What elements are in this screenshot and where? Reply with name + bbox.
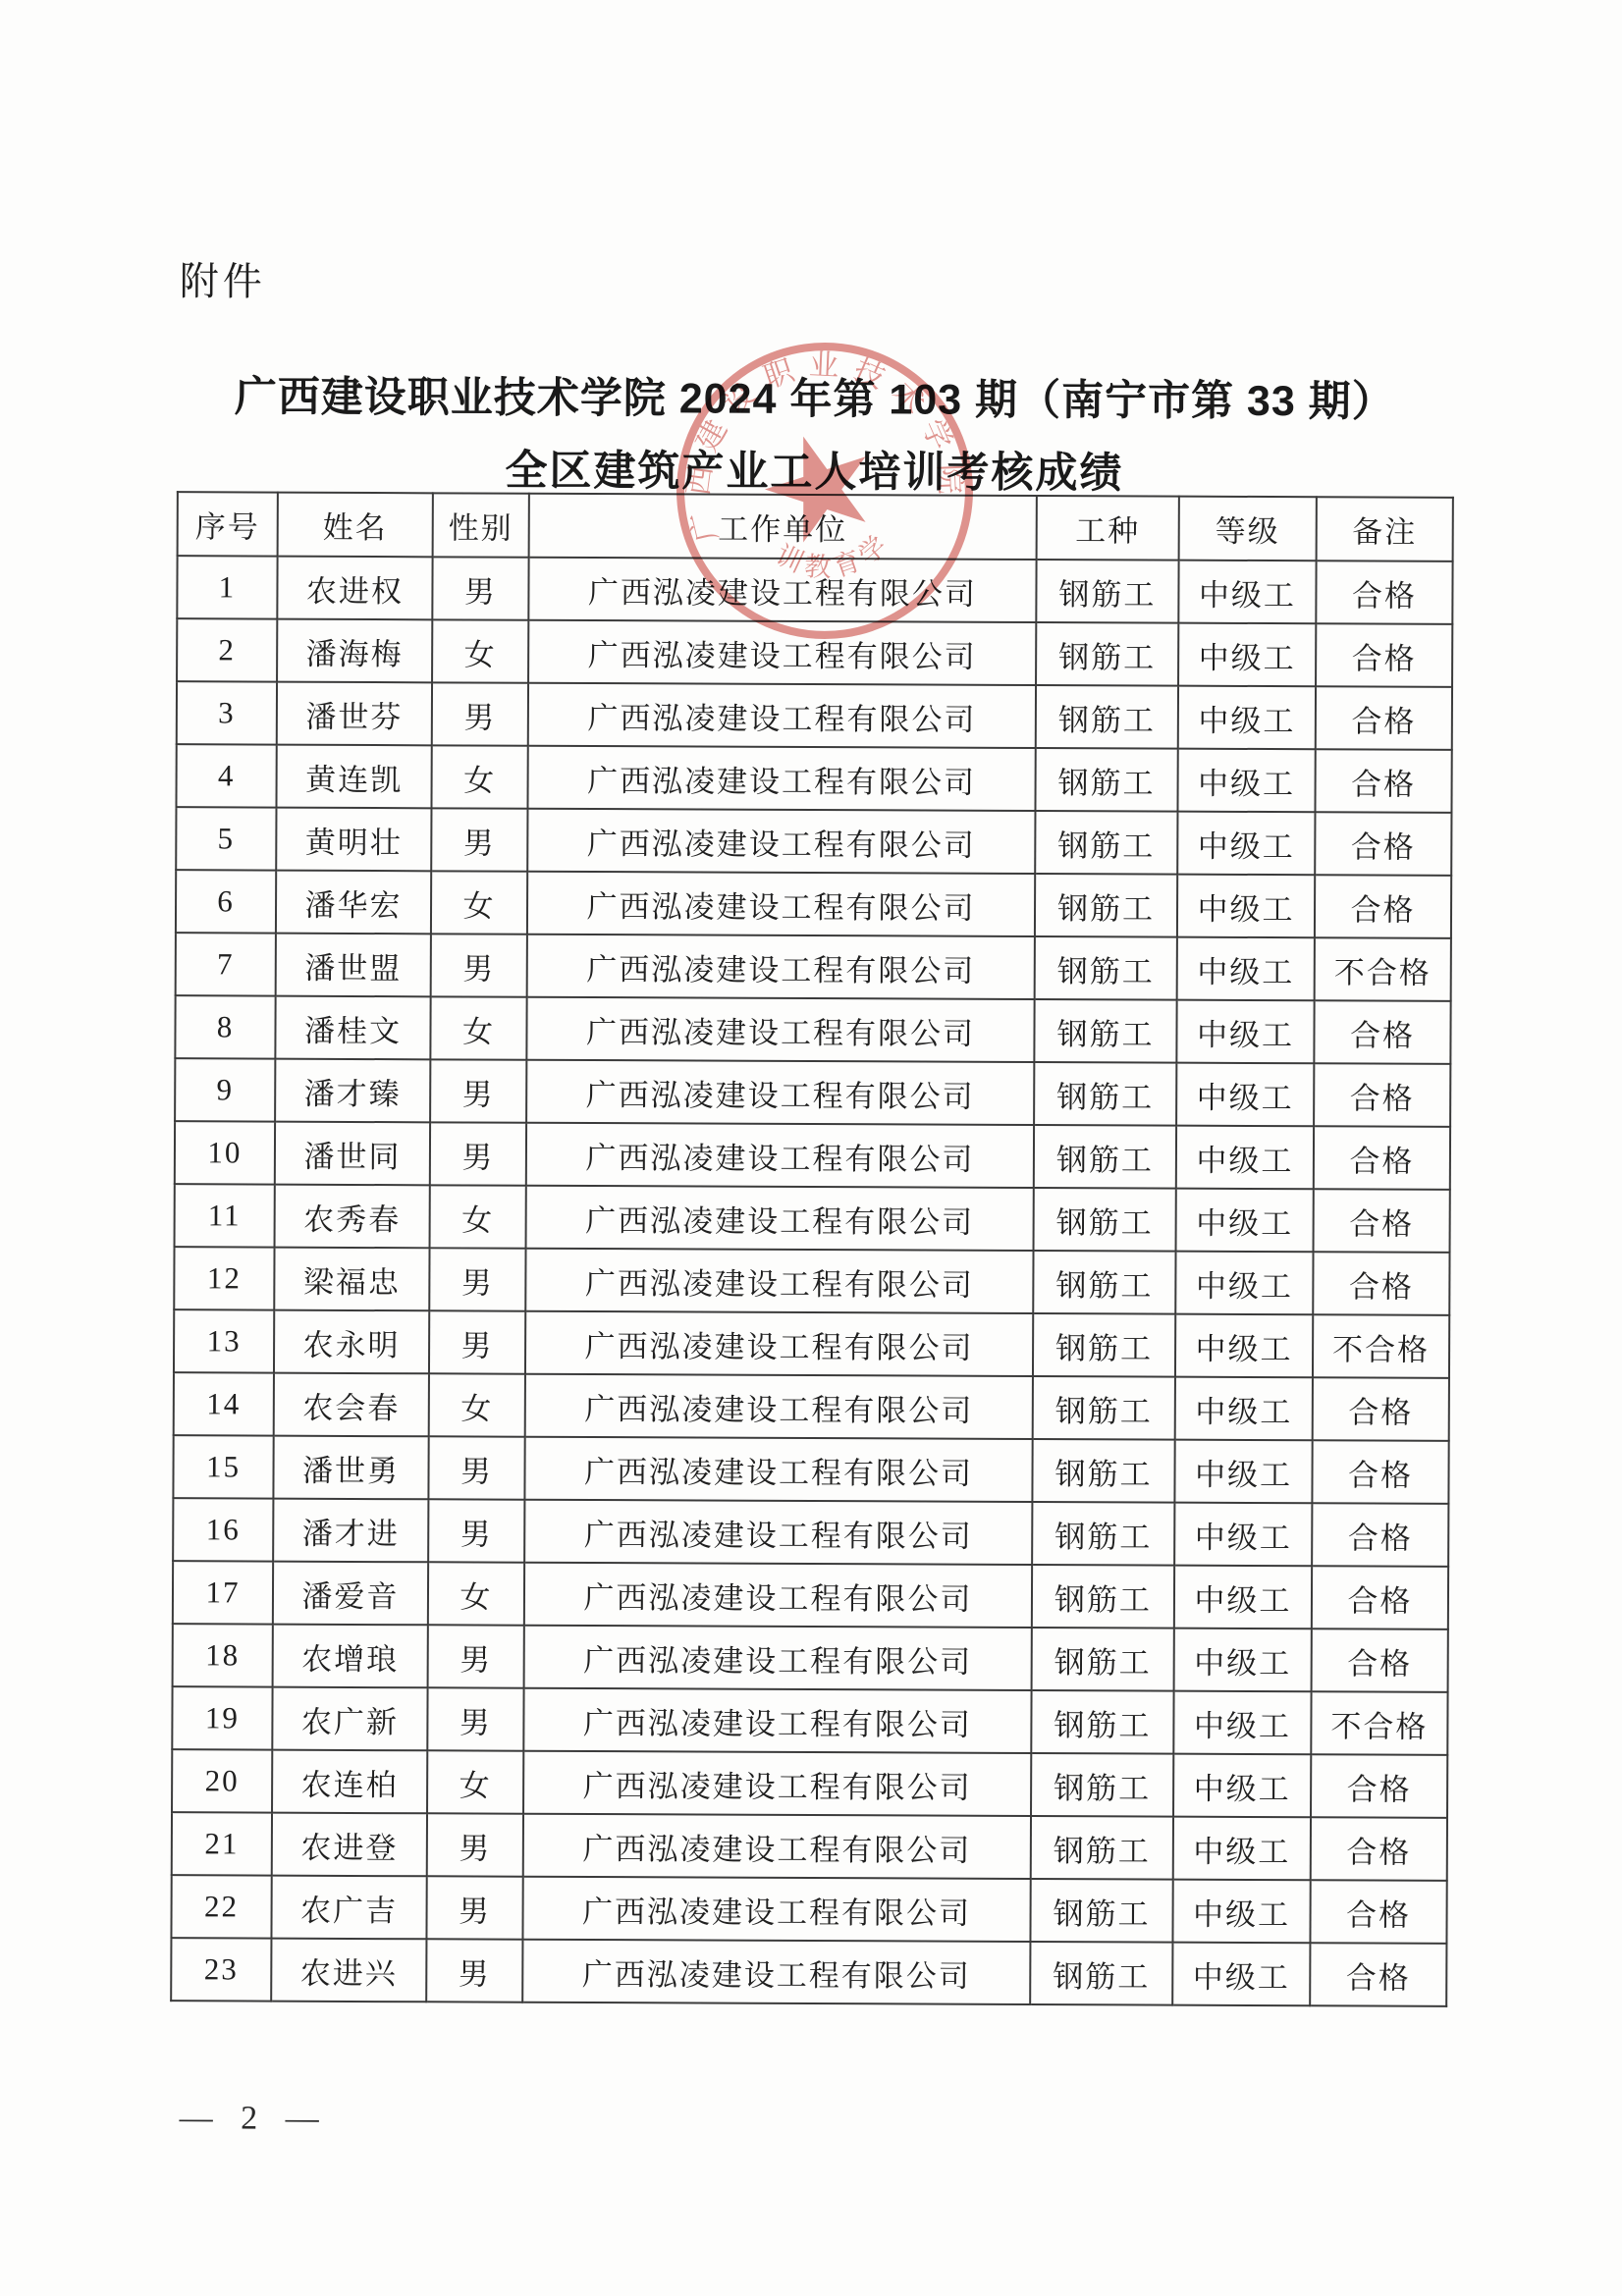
cell-level: 中级工 (1176, 1063, 1314, 1127)
cell-level: 中级工 (1177, 749, 1315, 813)
table-row: 16 潘才进 男 广西泓凌建设工程有限公司 钢筋工 中级工 合格 (173, 1498, 1448, 1567)
cell-trade: 钢筋工 (1034, 999, 1176, 1063)
column-header-gender: 性别 (433, 493, 529, 557)
cell-level: 中级工 (1174, 1503, 1312, 1567)
cell-employer: 广西泓凌建设工程有限公司 (526, 1123, 1034, 1188)
cell-trade: 钢筋工 (1032, 1502, 1174, 1566)
cell-level: 中级工 (1174, 1629, 1312, 1692)
cell-level: 中级工 (1176, 1189, 1314, 1253)
cell-index: 6 (176, 870, 276, 933)
cell-employer: 广西泓凌建设工程有限公司 (526, 1186, 1034, 1251)
cell-employer: 广西泓凌建设工程有限公司 (524, 1563, 1032, 1628)
cell-trade: 钢筋工 (1031, 1753, 1173, 1817)
cell-name: 农进兴 (271, 1939, 426, 2002)
cell-name: 潘世勇 (273, 1436, 428, 1500)
cell-gender: 男 (427, 1687, 523, 1750)
table-row: 23 农进兴 男 广西泓凌建设工程有限公司 钢筋工 中级工 合格 (171, 1938, 1446, 2006)
cell-remark: 合格 (1312, 1440, 1448, 1504)
cell-index: 14 (174, 1372, 274, 1435)
cell-level: 中级工 (1172, 1943, 1310, 2006)
cell-employer: 广西泓凌建设工程有限公司 (527, 746, 1035, 811)
cell-employer: 广西泓凌建设工程有限公司 (528, 558, 1036, 622)
cell-remark: 合格 (1312, 1566, 1448, 1629)
cell-trade: 钢筋工 (1034, 1125, 1176, 1189)
cell-remark: 合格 (1316, 686, 1452, 750)
cell-trade: 钢筋工 (1036, 685, 1178, 749)
cell-name: 黄连凯 (276, 745, 431, 809)
table-row: 9 潘才臻 男 广西泓凌建设工程有限公司 钢筋工 中级工 合格 (175, 1058, 1450, 1127)
cell-gender: 男 (428, 1625, 524, 1687)
cell-remark: 合格 (1316, 561, 1452, 624)
cell-name: 农连柏 (272, 1750, 427, 1814)
cell-remark: 合格 (1314, 1063, 1450, 1127)
cell-remark: 合格 (1310, 1880, 1446, 1944)
cell-name: 农永明 (274, 1310, 429, 1374)
cell-name: 农会春 (274, 1373, 429, 1437)
cell-trade: 钢筋工 (1033, 1376, 1175, 1440)
cell-trade: 钢筋工 (1036, 560, 1178, 623)
cell-trade: 钢筋工 (1033, 1313, 1175, 1377)
cell-gender: 男 (431, 934, 527, 996)
cell-gender: 男 (431, 808, 527, 871)
cell-index: 11 (175, 1184, 275, 1247)
cell-level: 中级工 (1177, 812, 1315, 876)
cell-employer: 广西泓凌建设工程有限公司 (524, 1500, 1032, 1565)
column-header-name: 姓名 (278, 493, 433, 558)
cell-index: 2 (177, 618, 277, 681)
cell-gender: 男 (428, 1499, 524, 1562)
cell-trade: 钢筋工 (1032, 1628, 1174, 1691)
table-row: 20 农连柏 女 广西泓凌建设工程有限公司 钢筋工 中级工 合格 (172, 1749, 1447, 1818)
cell-level: 中级工 (1178, 686, 1316, 750)
cell-employer: 广西泓凌建设工程有限公司 (526, 1060, 1034, 1125)
cell-gender: 男 (432, 557, 528, 619)
cell-level: 中级工 (1176, 1126, 1314, 1190)
table-row: 13 农永明 男 广西泓凌建设工程有限公司 钢筋工 中级工 不合格 (174, 1309, 1449, 1378)
cell-index: 15 (173, 1435, 273, 1498)
cell-remark: 合格 (1314, 1189, 1450, 1253)
cell-name: 潘才臻 (275, 1059, 430, 1123)
cell-employer: 广西泓凌建设工程有限公司 (525, 1374, 1033, 1439)
cell-level: 中级工 (1177, 937, 1315, 1001)
cell-employer: 广西泓凌建设工程有限公司 (522, 1877, 1030, 1942)
cell-gender: 女 (428, 1562, 524, 1625)
cell-remark: 合格 (1314, 1000, 1450, 1064)
cell-name: 梁福忠 (274, 1248, 429, 1311)
document-page: 附件 广西建设职业技术学院 2024 年第 103 期（南宁市第 33 期） 全… (0, 0, 1622, 2296)
cell-remark: 不合格 (1315, 937, 1451, 1001)
cell-remark: 合格 (1313, 1252, 1449, 1315)
cell-trade: 钢筋工 (1031, 1816, 1173, 1880)
cell-remark: 合格 (1310, 1943, 1446, 2006)
cell-employer: 广西泓凌建设工程有限公司 (528, 683, 1036, 748)
cell-gender: 女 (432, 619, 528, 682)
cell-index: 1 (177, 556, 277, 618)
table-row: 21 农进登 男 广西泓凌建设工程有限公司 钢筋工 中级工 合格 (172, 1812, 1447, 1881)
table-row: 8 潘桂文 女 广西泓凌建设工程有限公司 钢筋工 中级工 合格 (175, 995, 1450, 1064)
cell-employer: 广西泓凌建设工程有限公司 (522, 1940, 1030, 2004)
cell-trade: 钢筋工 (1034, 1188, 1176, 1252)
cell-employer: 广西泓凌建设工程有限公司 (528, 620, 1036, 685)
cell-index: 18 (173, 1624, 273, 1686)
cell-remark: 合格 (1315, 875, 1451, 938)
cell-level: 中级工 (1173, 1754, 1311, 1818)
cell-name: 潘世盟 (276, 934, 431, 997)
table-row: 17 潘爱音 女 广西泓凌建设工程有限公司 钢筋工 中级工 合格 (173, 1561, 1448, 1629)
cell-name: 黄明壮 (276, 808, 431, 872)
cell-remark: 合格 (1312, 1503, 1448, 1567)
cell-gender: 女 (431, 871, 527, 934)
table-row: 22 农广吉 男 广西泓凌建设工程有限公司 钢筋工 中级工 合格 (171, 1875, 1446, 1944)
cell-index: 12 (174, 1247, 274, 1309)
column-header-remark: 备注 (1317, 497, 1453, 561)
page-number: — 2 — (180, 2100, 329, 2138)
document-title: 广西建设职业技术学院 2024 年第 103 期（南宁市第 33 期） 全区建筑… (177, 368, 1453, 504)
cell-gender: 女 (427, 1750, 523, 1813)
table-header-row: 序号 姓名 性别 工作单位 工种 等级 备注 (178, 492, 1453, 561)
cell-gender: 男 (429, 1248, 525, 1310)
cell-index: 13 (174, 1309, 274, 1372)
cell-remark: 合格 (1315, 812, 1451, 876)
table-row: 7 潘世盟 男 广西泓凌建设工程有限公司 钢筋工 中级工 不合格 (176, 933, 1451, 1001)
cell-trade: 钢筋工 (1035, 748, 1177, 812)
cell-remark: 不合格 (1313, 1314, 1449, 1378)
cell-remark: 合格 (1316, 623, 1452, 687)
cell-employer: 广西泓凌建设工程有限公司 (527, 934, 1035, 999)
cell-trade: 钢筋工 (1034, 1062, 1176, 1126)
cell-name: 潘桂文 (275, 996, 430, 1060)
table-row: 14 农会春 女 广西泓凌建设工程有限公司 钢筋工 中级工 合格 (174, 1372, 1449, 1441)
cell-name: 潘世芬 (277, 682, 432, 746)
cell-trade: 钢筋工 (1032, 1565, 1174, 1629)
cell-index: 16 (173, 1498, 273, 1561)
cell-remark: 合格 (1311, 1817, 1447, 1881)
table-row: 5 黄明壮 男 广西泓凌建设工程有限公司 钢筋工 中级工 合格 (176, 807, 1451, 876)
cell-trade: 钢筋工 (1035, 874, 1177, 937)
table-row: 12 梁福忠 男 广西泓凌建设工程有限公司 钢筋工 中级工 合格 (174, 1247, 1449, 1315)
cell-name: 农进权 (277, 557, 432, 620)
cell-trade: 钢筋工 (1036, 622, 1178, 686)
cell-remark: 合格 (1312, 1629, 1448, 1692)
cell-employer: 广西泓凌建设工程有限公司 (524, 1626, 1032, 1690)
cell-index: 23 (171, 1938, 271, 2001)
cell-gender: 女 (429, 1373, 525, 1436)
column-header-employer: 工作单位 (529, 494, 1037, 560)
table-row: 15 潘世勇 男 广西泓凌建设工程有限公司 钢筋工 中级工 合格 (173, 1435, 1448, 1504)
cell-index: 8 (175, 995, 275, 1058)
cell-gender: 男 (426, 1876, 522, 1939)
cell-trade: 钢筋工 (1031, 1690, 1173, 1754)
table-row: 3 潘世芬 男 广西泓凌建设工程有限公司 钢筋工 中级工 合格 (177, 681, 1452, 750)
cell-employer: 广西泓凌建设工程有限公司 (526, 997, 1034, 1062)
cell-trade: 钢筋工 (1032, 1439, 1174, 1503)
cell-trade: 钢筋工 (1030, 1879, 1172, 1943)
cell-name: 潘海梅 (277, 619, 432, 683)
cell-employer: 广西泓凌建设工程有限公司 (523, 1814, 1031, 1879)
cell-name: 潘才进 (273, 1499, 428, 1563)
cell-employer: 广西泓凌建设工程有限公司 (527, 809, 1035, 874)
cell-name: 农秀春 (275, 1185, 430, 1249)
cell-gender: 男 (427, 1813, 523, 1876)
cell-gender: 女 (430, 996, 526, 1059)
cell-remark: 合格 (1311, 1754, 1447, 1818)
table-row: 6 潘华宏 女 广西泓凌建设工程有限公司 钢筋工 中级工 合格 (176, 870, 1451, 938)
table-row: 1 农进权 男 广西泓凌建设工程有限公司 钢筋工 中级工 合格 (177, 556, 1452, 624)
cell-level: 中级工 (1176, 1000, 1314, 1064)
cell-name: 潘世同 (275, 1122, 430, 1186)
cell-index: 20 (172, 1749, 272, 1812)
cell-gender: 女 (431, 745, 527, 808)
cell-level: 中级工 (1172, 1880, 1310, 1944)
cell-level: 中级工 (1173, 1817, 1311, 1881)
cell-name: 潘爱音 (273, 1562, 428, 1626)
cell-index: 5 (176, 807, 276, 870)
cell-gender: 男 (426, 1939, 522, 2002)
cell-name: 农进登 (272, 1813, 427, 1877)
cell-gender: 男 (430, 1059, 526, 1122)
cell-name: 潘华宏 (276, 871, 431, 934)
cell-gender: 男 (429, 1310, 525, 1373)
table-row: 4 黄连凯 女 广西泓凌建设工程有限公司 钢筋工 中级工 合格 (176, 744, 1451, 813)
table-row: 11 农秀春 女 广西泓凌建设工程有限公司 钢筋工 中级工 合格 (175, 1184, 1450, 1253)
cell-employer: 广西泓凌建设工程有限公司 (523, 1688, 1031, 1753)
cell-gender: 男 (430, 1122, 526, 1185)
cell-index: 19 (172, 1686, 272, 1749)
results-table: 序号 姓名 性别 工作单位 工种 等级 备注 1 农进权 男 广西泓凌建设工程有… (170, 491, 1454, 2007)
cell-name: 农广新 (272, 1687, 427, 1751)
cell-level: 中级工 (1174, 1440, 1312, 1504)
cell-index: 21 (172, 1812, 272, 1875)
cell-index: 22 (171, 1875, 271, 1938)
cell-level: 中级工 (1174, 1566, 1312, 1629)
cell-level: 中级工 (1178, 623, 1316, 687)
cell-gender: 女 (430, 1185, 526, 1248)
cell-level: 中级工 (1175, 1252, 1313, 1315)
column-header-trade: 工种 (1037, 496, 1179, 561)
cell-index: 4 (176, 744, 276, 807)
cell-remark: 合格 (1315, 749, 1451, 813)
cell-trade: 钢筋工 (1033, 1251, 1175, 1314)
cell-index: 10 (175, 1121, 275, 1184)
cell-remark: 合格 (1313, 1377, 1449, 1441)
attachment-label: 附件 (180, 250, 266, 306)
cell-trade: 钢筋工 (1035, 936, 1177, 1000)
table-row: 19 农广新 男 广西泓凌建设工程有限公司 钢筋工 中级工 不合格 (172, 1686, 1447, 1755)
cell-index: 9 (175, 1058, 275, 1121)
table-row: 18 农增琅 男 广西泓凌建设工程有限公司 钢筋工 中级工 合格 (173, 1624, 1448, 1692)
cell-level: 中级工 (1173, 1691, 1311, 1755)
cell-employer: 广西泓凌建设工程有限公司 (525, 1249, 1033, 1313)
scanned-content: 附件 广西建设职业技术学院 2024 年第 103 期（南宁市第 33 期） 全… (0, 0, 1622, 2296)
cell-index: 17 (173, 1561, 273, 1624)
cell-level: 中级工 (1177, 875, 1315, 938)
cell-level: 中级工 (1178, 561, 1316, 624)
cell-remark: 合格 (1314, 1126, 1450, 1190)
cell-level: 中级工 (1175, 1314, 1313, 1378)
cell-trade: 钢筋工 (1035, 811, 1177, 875)
cell-index: 3 (177, 681, 277, 744)
cell-gender: 男 (432, 682, 528, 745)
cell-employer: 广西泓凌建设工程有限公司 (524, 1437, 1032, 1502)
column-header-index: 序号 (178, 492, 278, 556)
column-header-level: 等级 (1179, 497, 1317, 561)
results-table-body: 1 农进权 男 广西泓凌建设工程有限公司 钢筋工 中级工 合格 2 潘海梅 女 … (171, 556, 1452, 2006)
cell-employer: 广西泓凌建设工程有限公司 (525, 1311, 1033, 1376)
cell-employer: 广西泓凌建设工程有限公司 (527, 872, 1035, 936)
cell-name: 农增琅 (273, 1625, 428, 1688)
cell-gender: 男 (428, 1436, 524, 1499)
table-row: 10 潘世同 男 广西泓凌建设工程有限公司 钢筋工 中级工 合格 (175, 1121, 1450, 1190)
cell-trade: 钢筋工 (1030, 1942, 1172, 2005)
cell-index: 7 (176, 933, 276, 995)
table-row: 2 潘海梅 女 广西泓凌建设工程有限公司 钢筋工 中级工 合格 (177, 618, 1452, 687)
cell-level: 中级工 (1175, 1377, 1313, 1441)
cell-remark: 不合格 (1311, 1691, 1447, 1755)
cell-employer: 广西泓凌建设工程有限公司 (523, 1751, 1031, 1816)
cell-name: 农广吉 (271, 1876, 426, 1940)
document-title-line1: 广西建设职业技术学院 2024 年第 103 期（南宁市第 33 期） (177, 368, 1452, 431)
